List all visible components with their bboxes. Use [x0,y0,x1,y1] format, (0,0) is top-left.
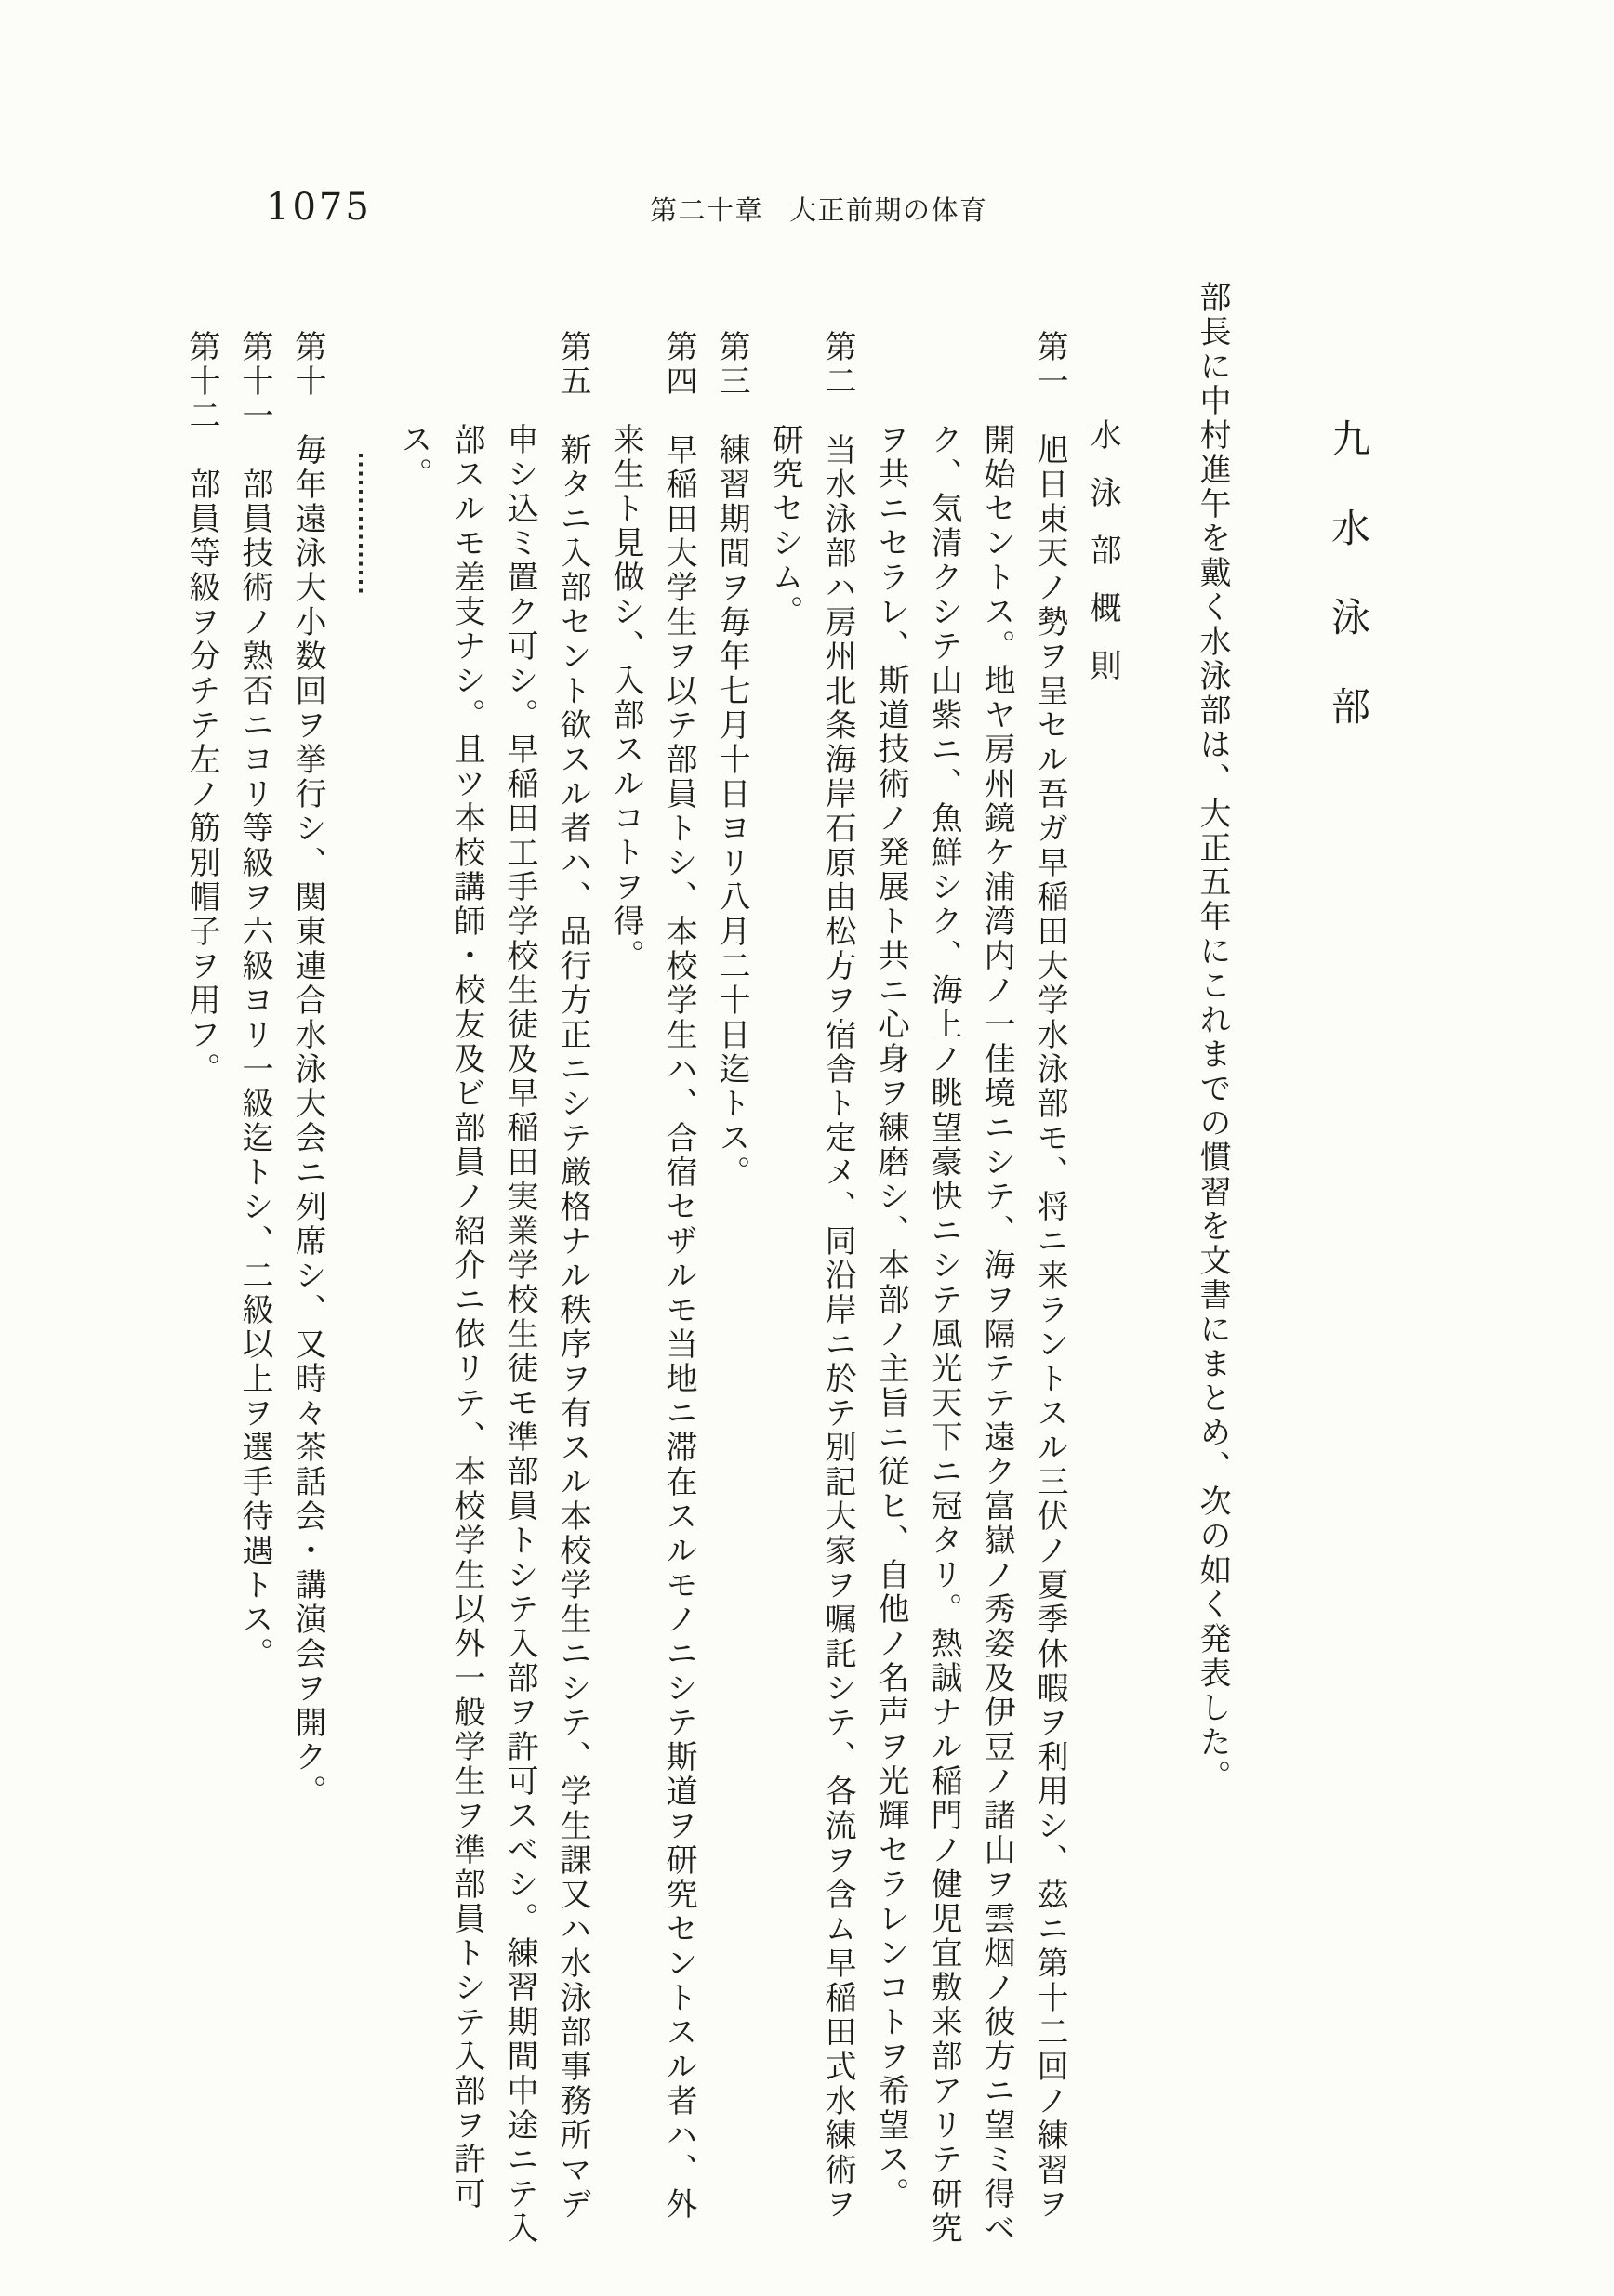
chapter-label: 第二十章 [650,194,763,226]
item-label: 第五 [554,330,591,433]
regulation-item-12: 第十二部員等級ヲ分チテ左ノ筋別帽子ヲ用フ。 [175,281,228,2251]
regulation-item-1: 第一旭日東天ノ勢ヲ呈セル吾ガ早稲田大学水泳部モ、将ニ来ラントスル三伏ノ夏季休暇ヲ… [864,281,1076,2251]
item-label: 第四 [660,330,697,433]
item-label: 第十 [289,330,326,433]
book-page: 1075 第二十章大正前期の体育 九水泳部 部長に中村進午を戴く水泳部は、大正五… [0,0,1614,2296]
regulation-item-3: 第三練習期間ヲ毎年七月十日ヨリ八月二十日迄トス。 [705,281,758,2251]
chapter-title: 大正前期の体育 [789,194,988,226]
item-text: 部員技術ノ熟否ニヨリ等級ヲ六級ヨリ一級迄トシ、二級以上ヲ選手待遇トス。 [236,468,273,1671]
item-label: 第二 [819,330,856,433]
regulation-item-4: 第四早稲田大学生ヲ以テ部員トシ、本校学生ハ、合宿セザルモ当地ニ滞在スルモノニシテ… [599,281,705,2251]
item-text: 新タニ入部セント欲スル者ハ、品行方正ニシテ厳格ナル秩序ヲ有スル本校学生ニシテ、学… [395,423,591,2246]
section-number: 九 [1326,418,1371,508]
page-number: 1075 [266,186,372,229]
vertical-text-body: 九水泳部 部長に中村進午を戴く水泳部は、大正五年にこれまでの慣習を文書にまとめ、… [175,281,1375,2251]
item-label: 第十一 [236,330,273,468]
item-text: 当水泳部ハ房州北条海岸石原由松方ヲ宿舎ト定メ、同沿岸ニ於テ別記大家ヲ嘱託シテ、各… [766,423,856,2222]
regulation-item-5: 第五新タニ入部セント欲スル者ハ、品行方正ニシテ厳格ナル秩序ヲ有スル本校学生ニシテ… [387,281,599,2251]
chapter-header: 第二十章大正前期の体育 [650,190,988,228]
section-title: 水泳部 [1326,508,1371,775]
item-text: 部員等級ヲ分チテ左ノ筋別帽子ヲ用フ。 [183,468,220,1087]
omitted-items-ellipsis [334,281,387,2251]
item-label: 第一 [1031,330,1068,433]
item-text: 早稲田大学生ヲ以テ部員トシ、本校学生ハ、合宿セザルモ当地ニ滞在スルモノニシテ斯道… [607,423,697,2222]
item-text: 旭日東天ノ勢ヲ呈セル吾ガ早稲田大学水泳部モ、将ニ来ラントスル三伏ノ夏季休暇ヲ利用… [872,423,1068,2246]
regulations-heading: 水泳部概則 [1076,281,1129,2251]
item-text: 練習期間ヲ毎年七月十日ヨリ八月二十日迄トス。 [713,433,750,1190]
regulation-item-11: 第十一部員技術ノ熟否ニヨリ等級ヲ六級ヨリ一級迄トシ、二級以上ヲ選手待遇トス。 [228,281,281,2251]
regulation-item-10: 第十毎年遠泳大小数回ヲ挙行シ、関東連合水泳大会ニ列席シ、又時々茶話会・講演会ヲ開… [281,281,334,2251]
intro-paragraph: 部長に中村進午を戴く水泳部は、大正五年にこれまでの慣習を文書にまとめ、次の如く発… [1185,281,1238,2251]
item-text: 毎年遠泳大小数回ヲ挙行シ、関東連合水泳大会ニ列席シ、又時々茶話会・講演会ヲ開ク。 [289,433,326,1809]
regulation-item-2: 第二当水泳部ハ房州北条海岸石原由松方ヲ宿舎ト定メ、同沿岸ニ於テ別記大家ヲ嘱託シテ… [758,281,864,2251]
item-label: 第十二 [183,330,220,468]
item-label: 第三 [713,330,750,433]
section-title-column: 九水泳部 [1322,281,1375,2251]
